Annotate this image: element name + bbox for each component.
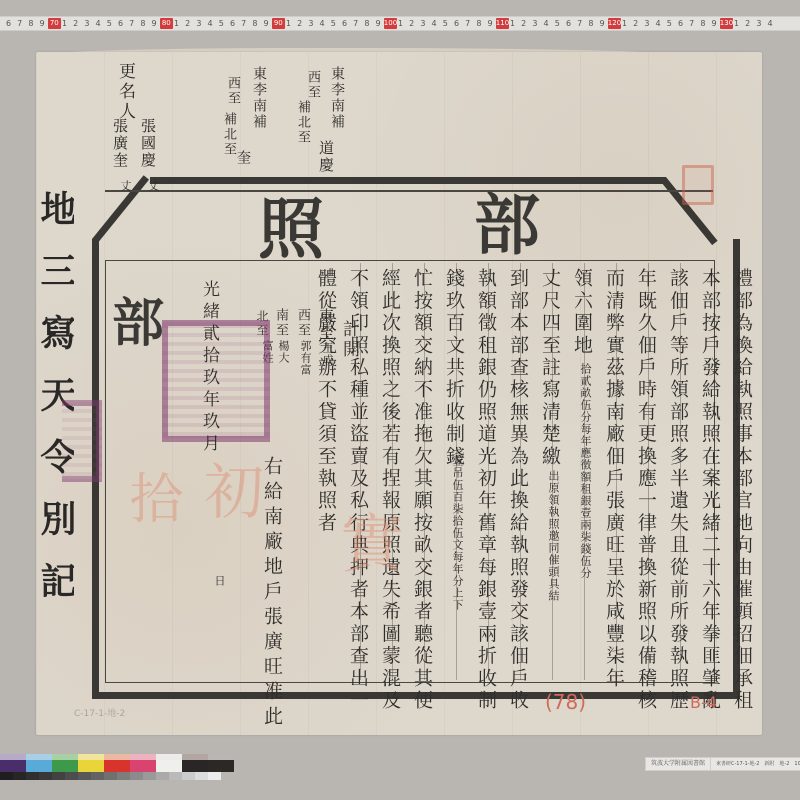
color-swatch (0, 760, 26, 772)
ruler-tick-label: 2 (182, 18, 193, 29)
boundary-west-value: 郭有富 (300, 340, 311, 376)
handwritten-boundary-a-2: 西至 (306, 70, 319, 100)
pencil-catalog-note: C-17-1-地-2 (74, 706, 125, 719)
text-column-7: 丈尺四至註寫清楚繳 (540, 268, 559, 468)
ruler-tick-label: 5 (104, 18, 115, 29)
color-swatch (78, 760, 104, 772)
ruler-tick-label: 2 (70, 18, 81, 29)
ruler-tick-label: 1 (619, 18, 630, 29)
measurement-ruler: 6789701234567898012345678990123456789100… (0, 16, 800, 31)
ruler-tick-label: 1 (171, 18, 182, 29)
seal-char-bu: 部 (112, 298, 164, 350)
color-swatch (208, 772, 221, 780)
ruler-tick-label: 8 (361, 18, 372, 29)
text-column-2: 本部按戶發給執照在案光緒二十六年拳匪肇亂 (700, 268, 719, 712)
frame-top-border (150, 177, 666, 184)
color-swatch (156, 760, 182, 772)
ruler-tick-label: 4 (205, 18, 216, 29)
boundary-south-value: 楊大 (278, 340, 289, 364)
color-swatch (0, 772, 13, 780)
color-swatch (130, 760, 156, 772)
color-swatch (91, 772, 104, 780)
ruler-tick-label: 8 (585, 18, 596, 29)
ruler-tick-label: 7 (686, 18, 697, 29)
ruler-tick-label: 9 (597, 18, 608, 29)
ruler-tick-label: 1 (395, 18, 406, 29)
boundaries-heading: 計開 (340, 320, 357, 360)
ruler-tick-label: 9 (485, 18, 496, 29)
handwritten-name-2: 張廣奎 (112, 118, 127, 169)
handwritten-name-1: 張國慶 (140, 118, 155, 169)
color-swatch (65, 772, 78, 780)
color-swatch (182, 760, 208, 772)
color-swatch (156, 772, 169, 780)
ruler-tick-label: 7 (350, 18, 361, 29)
handwritten-boundary-a-4: 道慶 (318, 140, 333, 174)
annotation-original-permit: 出原領執照邀同催頭具結 (548, 470, 559, 602)
ruler-tick-label: 9 (149, 18, 160, 29)
color-swatch (104, 772, 117, 780)
ruler-tick-label: 9 (261, 18, 272, 29)
color-swatch (208, 760, 234, 772)
title-char-bu: 部 (474, 192, 540, 258)
ruler-tick-label: 2 (294, 18, 305, 29)
ruler-tick-label: 3 (305, 18, 316, 29)
ruler-tick-label: 8 (249, 18, 260, 29)
handwritten-boundary-b-3: 補北至 (222, 112, 235, 157)
handwritten-boundary-b-1: 東李南補 (252, 66, 266, 130)
ruler-tick-label: 6 (227, 18, 238, 29)
red-brush-char-3: 實 (320, 510, 412, 574)
color-swatch (169, 772, 182, 780)
handwritten-boundary-a-3: 補北至 (296, 100, 309, 145)
text-column-3: 該佃戶等所領部照多半遺失且從前所發執照歷 (668, 268, 687, 712)
boundary-east-value: 王成 (322, 342, 333, 366)
ruler-tick-label: 4 (93, 18, 104, 29)
ruler-tick-label: 2 (742, 18, 753, 29)
color-calibration-chart (0, 754, 234, 780)
ruler-tick-label: 9 (709, 18, 720, 29)
ruler-tick-label: 7 (14, 18, 25, 29)
ruler-tick-label: 5 (440, 18, 451, 29)
ruler-tick-label: 5 (216, 18, 227, 29)
ruler-tick-label: 3 (529, 18, 540, 29)
ruler-tick-label: 1 (59, 18, 70, 29)
ruler-tick-label: 9 (373, 18, 384, 29)
ruler-tick-label: 5 (328, 18, 339, 29)
ruler-tick-label: 6 (563, 18, 574, 29)
ruler-tick-label: 2 (630, 18, 641, 29)
color-swatch (26, 772, 39, 780)
color-swatch (52, 772, 65, 780)
ruler-tick-label: 4 (653, 18, 664, 29)
color-swatch (195, 772, 208, 780)
red-annotation-number: (78) (545, 690, 586, 714)
ruler-tick-label: 7 (574, 18, 585, 29)
title-char-zhao: 照 (258, 196, 324, 262)
boundary-south-label: 南至 (274, 308, 287, 338)
boundary-west-label: 西至 (296, 308, 309, 338)
text-column-6: 領六圍地 (572, 268, 591, 357)
ruler-tick-label: 2 (406, 18, 417, 29)
text-column-1: 禮部為換給執照事本部官地向由催頭招佃承租 (732, 268, 751, 712)
ruler-tick-label: 8 (137, 18, 148, 29)
ruler-tick-label: 7 (462, 18, 473, 29)
red-brush-char-2: 拾 (114, 470, 191, 524)
ruler-tick-label: 8 (697, 18, 708, 29)
institution-label: 筑波大学附属図書館 (645, 757, 711, 771)
ruler-tick-label: 3 (81, 18, 92, 29)
color-swatch (13, 772, 26, 780)
red-annotation-code: B-4 (690, 693, 717, 712)
text-column-10: 錢玖百文共折收制錢 (444, 268, 463, 468)
ruler-tick-label: 3 (641, 18, 652, 29)
catalog-label: 東書研C-17-1-地-2 新附 地-2 10003 (710, 757, 800, 771)
handwritten-renamed-label: 更名人 (116, 62, 133, 122)
color-swatch (130, 772, 143, 780)
text-column-5: 而清弊實茲據南廠佃戶張廣旺呈於咸豐柒年 (604, 268, 623, 690)
ruler-tick-label: 8 (25, 18, 36, 29)
ruler-tick-label: 4 (541, 18, 552, 29)
ruler-tick-label: 8 (473, 18, 484, 29)
handwritten-boundary-a-1: 東李南補 (330, 66, 344, 130)
handwritten-suffix-2: 丈 (120, 180, 131, 192)
text-column-8: 到部本部查核無異為此換給執照發交該佃戶收 (508, 268, 527, 712)
color-swatch (26, 760, 52, 772)
ruler-tick-label: 3 (193, 18, 204, 29)
text-column-4: 年既久佃戶時有更換應一律普換新照以備稽核 (636, 268, 655, 712)
ruler-tick-label: 6 (675, 18, 686, 29)
handwritten-boundary-b-2: 西至 (226, 76, 239, 106)
ruler-tick-label: 5 (664, 18, 675, 29)
text-column-12: 經此次換照之後若有捏報原照遺失希圖蒙混及 (380, 268, 399, 712)
ruler-tick-label: 9 (37, 18, 48, 29)
text-column-11: 忙按額交納不准拖欠其願按畝交銀者聽從其便 (412, 268, 431, 712)
ruler-tick-label: 6 (451, 18, 462, 29)
ruler-tick-label: 7 (238, 18, 249, 29)
red-brush-char-1: 初 (186, 460, 272, 520)
annotation-copper-cash: 壹吊伍百柒拾伍文每年分上下 (452, 455, 463, 611)
color-swatch (104, 760, 130, 772)
left-edge-seal (62, 400, 102, 482)
ruler-tick-label: 4 (317, 18, 328, 29)
frame-inner-top-line (105, 190, 713, 192)
color-swatch (78, 772, 91, 780)
ruler-tick-label: 7 (126, 18, 137, 29)
ruler-tick-label: 3 (753, 18, 764, 29)
boundary-east-label: 東至 (318, 308, 333, 342)
ruler-tick-label: 4 (765, 18, 776, 29)
ruler-tick-label: 6 (339, 18, 350, 29)
color-swatch (52, 760, 78, 772)
ruler-tick-label: 1 (731, 18, 742, 29)
color-swatch (143, 772, 156, 780)
red-seal-small (682, 165, 714, 205)
ruler-tick-label: 3 (417, 18, 428, 29)
ruler-tick-label: 6 (3, 18, 14, 29)
handwritten-boundary-b-4: 奎 (236, 150, 250, 166)
ruler-tick-label: 1 (283, 18, 294, 29)
color-swatch (182, 772, 195, 780)
color-swatch (117, 772, 130, 780)
ruler-tick-label: 2 (518, 18, 529, 29)
annotation-area-amount: 拾貳畝伍分每年應徵額租銀壹兩柒錢伍分 (580, 363, 591, 579)
ruler-tick-label: 1 (507, 18, 518, 29)
day-char: 日 (214, 575, 225, 588)
color-swatch (39, 772, 52, 780)
ruler-tick-label: 5 (552, 18, 563, 29)
handwritten-suffix-1: 丈 (148, 180, 159, 192)
text-column-9: 執額徵租銀仍照道光初年舊章每銀壹兩折收制 (476, 268, 495, 712)
issue-date: 光緒貳拾玖年玖月 (200, 280, 217, 456)
ruler-tick-label: 4 (429, 18, 440, 29)
ruler-tick-label: 6 (115, 18, 126, 29)
